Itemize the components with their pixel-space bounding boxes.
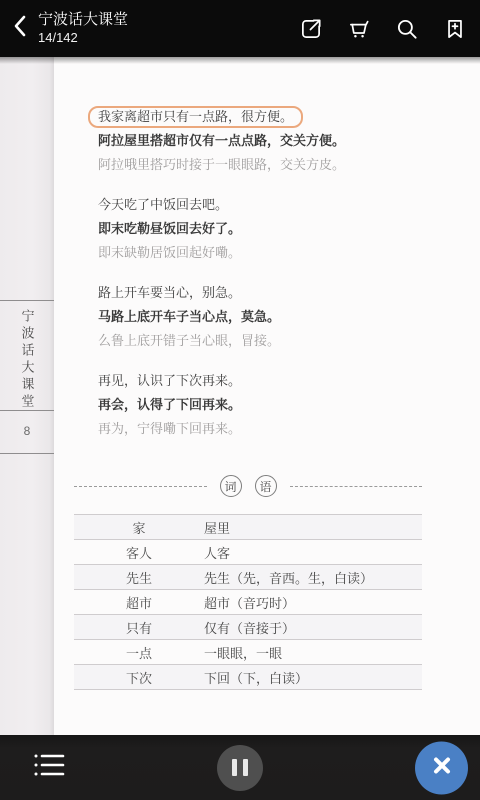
sentence-block: 再见，认识了下次再来。再会，认得了下回再来。再为，宁得嘞下回再来。 — [98, 369, 422, 441]
highlighted-sentence: 我家离超市只有一点路，很方便。 — [88, 106, 303, 128]
divider-dash-left — [74, 486, 207, 487]
spine-rule-bottom — [0, 453, 54, 454]
page-number: 8 — [0, 424, 54, 438]
vocab-mandarin-cell: 超市 — [74, 590, 204, 615]
vocab-char-ci: 词 — [220, 475, 242, 497]
vocab-dialect-cell: 超市（音巧时） — [204, 590, 422, 615]
sentence-block: 路上开车要当心，别急。马路上底开车子当心点，莫急。么鲁上底开错子当心眼，冒接。 — [98, 281, 422, 353]
standard-sentence: 路上开车要当心，别急。 — [98, 281, 422, 305]
page-content: 我家离超市只有一点路，很方便。阿拉屋里搭超市仅有一点点路，交关方便。阿拉哦里搭巧… — [54, 57, 480, 735]
title-block: 宁波话大课堂 14/142 — [38, 10, 128, 46]
vocab-dialect-cell: 先生（先，音西。生，白读） — [204, 565, 422, 590]
spine-title: 宁波话大课堂 — [18, 309, 37, 411]
vocab-dialect-cell: 下回（下，白读） — [204, 665, 422, 690]
vocab-section-header: 词 语 — [74, 475, 422, 497]
vocab-mandarin-cell: 家 — [74, 515, 204, 540]
vocab-table-body: 家屋里客人人客先生先生（先，音西。生，白读）超市超市（音巧时）只有仅有（音接于）… — [74, 515, 422, 690]
top-actions — [276, 15, 480, 42]
dialect-sentence: 再会，认得了下回再来。 — [98, 393, 422, 417]
page-edge-band: 宁波话大课堂 8 — [0, 57, 54, 735]
pause-icon — [232, 759, 237, 776]
vocab-row: 超市超市（音巧时） — [74, 590, 422, 615]
vocab-mandarin-cell: 先生 — [74, 565, 204, 590]
dialect-sentence: 马路上底开车子当心点，莫急。 — [98, 305, 422, 329]
player-bar — [0, 735, 480, 800]
dialect-sentence: 阿拉屋里搭超市仅有一点点路，交关方便。 — [98, 129, 422, 153]
book-title: 宁波话大课堂 — [38, 10, 128, 30]
phonetic-sentence: 么鲁上底开错子当心眼，冒接。 — [98, 329, 422, 353]
close-player-button[interactable] — [415, 741, 468, 794]
contents-list-button[interactable] — [30, 749, 68, 787]
dialect-sentence: 即末吃勒昼饭回去好了。 — [98, 217, 422, 241]
standard-sentence: 再见，认识了下次再来。 — [98, 369, 422, 393]
share-icon[interactable] — [297, 15, 324, 42]
standard-sentence: 我家离超市只有一点路，很方便。 — [98, 105, 422, 129]
vocab-dialect-cell: 人客 — [204, 540, 422, 565]
pause-button[interactable] — [217, 745, 263, 791]
vocab-row: 客人人客 — [74, 540, 422, 565]
search-icon[interactable] — [393, 15, 420, 42]
vocab-table: 家屋里客人人客先生先生（先，音西。生，白读）超市超市（音巧时）只有仅有（音接于）… — [74, 514, 422, 690]
vocab-dialect-cell: 一眼眼，一眼 — [204, 640, 422, 665]
close-icon — [432, 755, 452, 780]
phonetic-sentence: 即末缺勒居饭回起好嘞。 — [98, 241, 422, 265]
standard-sentence: 今天吃了中饭回去吧。 — [98, 193, 422, 217]
vocab-mandarin-cell: 一点 — [74, 640, 204, 665]
vocab-row: 家屋里 — [74, 515, 422, 540]
spine-rule-top — [0, 300, 54, 301]
vocab-row: 只有仅有（音接于） — [74, 615, 422, 640]
vocab-dialect-cell: 屋里 — [204, 515, 422, 540]
bookmark-add-icon[interactable] — [441, 15, 468, 42]
contents-list-icon — [33, 752, 65, 783]
phonetic-sentence: 再为，宁得嘞下回再来。 — [98, 417, 422, 441]
vocab-dialect-cell: 仅有（音接于） — [204, 615, 422, 640]
book-page[interactable]: 宁波话大课堂 8 我家离超市只有一点路，很方便。阿拉屋里搭超市仅有一点点路，交关… — [0, 57, 480, 735]
back-button[interactable] — [4, 6, 38, 52]
page-indicator: 14/142 — [38, 30, 128, 47]
vocab-mandarin-cell: 只有 — [74, 615, 204, 640]
vocab-mandarin-cell: 下次 — [74, 665, 204, 690]
back-chevron-icon — [10, 13, 32, 44]
vocab-row: 下次下回（下，白读） — [74, 665, 422, 690]
vocab-row: 一点一眼眼，一眼 — [74, 640, 422, 665]
sentence-block: 我家离超市只有一点路，很方便。阿拉屋里搭超市仅有一点点路，交关方便。阿拉哦里搭巧… — [98, 105, 422, 177]
vocab-row: 先生先生（先，音西。生，白读） — [74, 565, 422, 590]
sentence-blocks: 我家离超市只有一点路，很方便。阿拉屋里搭超市仅有一点点路，交关方便。阿拉哦里搭巧… — [74, 105, 422, 441]
top-bar: 宁波话大课堂 14/142 — [0, 0, 480, 57]
ebook-reader-screen: 宁波话大课堂 14/142 — [0, 0, 480, 800]
vocab-mandarin-cell: 客人 — [74, 540, 204, 565]
phonetic-sentence: 阿拉哦里搭巧时接于一眼眼路，交关方皮。 — [98, 153, 422, 177]
pause-icon — [243, 759, 248, 776]
spine-rule-middle — [0, 410, 54, 411]
divider-dash-right — [290, 486, 423, 487]
sentence-block: 今天吃了中饭回去吧。即末吃勒昼饭回去好了。即末缺勒居饭回起好嘞。 — [98, 193, 422, 265]
cart-icon[interactable] — [345, 15, 372, 42]
vocab-char-yu: 语 — [255, 475, 277, 497]
